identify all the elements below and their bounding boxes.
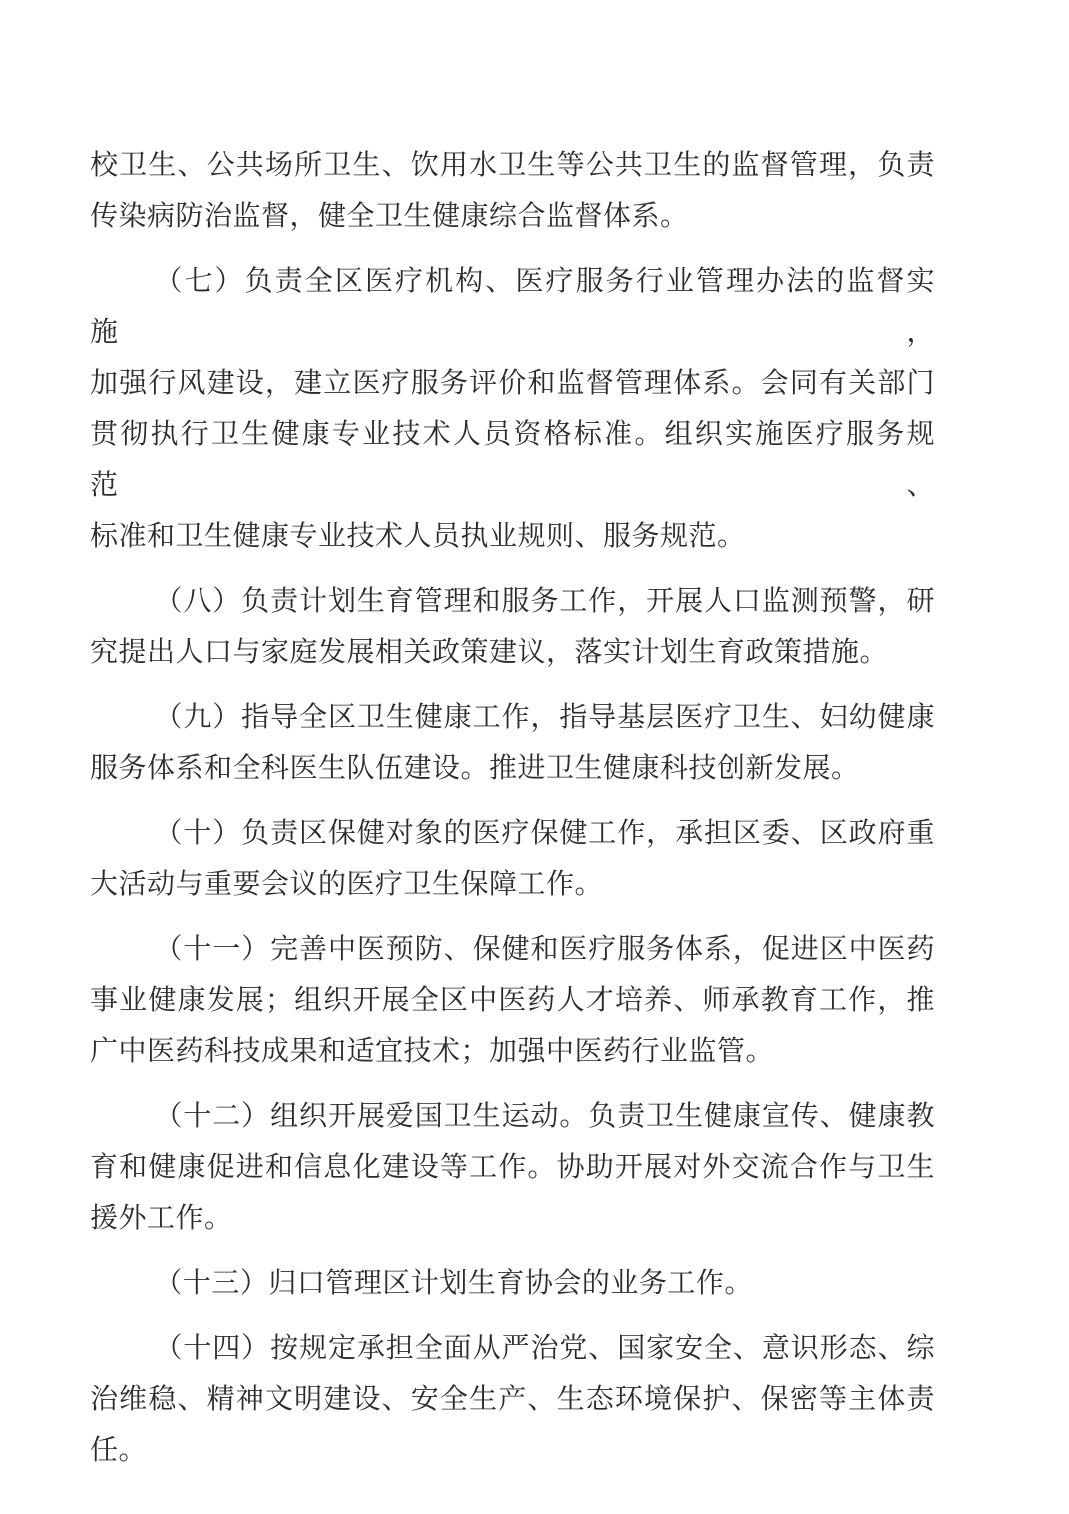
- text-line: 传染病防治监督，健全卫生健康综合监督体系。: [90, 191, 935, 242]
- text-line: （十三）归口管理区计划生育协会的业务工作。: [90, 1258, 935, 1309]
- text-line: 任。: [90, 1425, 935, 1476]
- text-line: （十）负责区保健对象的医疗保健工作，承担区委、区政府重: [90, 808, 935, 859]
- text-line: （九）指导全区卫生健康工作，指导基层医疗卫生、妇幼健康: [90, 692, 935, 743]
- text-line: 育和健康促进和信息化建设等工作。协助开展对外交流合作与卫生: [90, 1142, 935, 1193]
- document-page: 校卫生、公共场所卫生、饮用水卫生等公共卫生的监督管理，负责传染病防治监督，健全卫…: [0, 0, 1069, 1514]
- text-line: 治维稳、精神文明建设、安全生产、生态环境保护、保密等主体责: [90, 1374, 935, 1425]
- text-line: 标准和卫生健康专业技术人员执业规则、服务规范。: [90, 511, 935, 562]
- document-body: 校卫生、公共场所卫生、饮用水卫生等公共卫生的监督管理，负责传染病防治监督，健全卫…: [90, 140, 935, 1490]
- text-line: （八）负责计划生育管理和服务工作，开展人口监测预警，研: [90, 576, 935, 627]
- text-line: （十一）完善中医预防、保健和医疗服务体系，促进区中医药: [90, 924, 935, 975]
- text-line: 大活动与重要会议的医疗卫生保障工作。: [90, 859, 935, 910]
- text-line: （七）负责全区医疗机构、医疗服务行业管理办法的监督实施，: [90, 256, 935, 358]
- text-line: 援外工作。: [90, 1193, 935, 1244]
- paragraph: （十四）按规定承担全面从严治党、国家安全、意识形态、综治维稳、精神文明建设、安全…: [90, 1323, 935, 1476]
- text-line: 事业健康发展；组织开展全区中医药人才培养、师承教育工作，推: [90, 975, 935, 1026]
- text-line: （十四）按规定承担全面从严治党、国家安全、意识形态、综: [90, 1323, 935, 1374]
- paragraph: （九）指导全区卫生健康工作，指导基层医疗卫生、妇幼健康服务体系和全科医生队伍建设…: [90, 692, 935, 794]
- paragraph: （十三）归口管理区计划生育协会的业务工作。: [90, 1258, 935, 1309]
- text-line: 广中医药科技成果和适宜技术；加强中医药行业监管。: [90, 1026, 935, 1077]
- paragraph: （十）负责区保健对象的医疗保健工作，承担区委、区政府重大活动与重要会议的医疗卫生…: [90, 808, 935, 910]
- text-line: 贯彻执行卫生健康专业技术人员资格标准。组织实施医疗服务规范、: [90, 409, 935, 511]
- paragraph: （十一）完善中医预防、保健和医疗服务体系，促进区中医药事业健康发展；组织开展全区…: [90, 924, 935, 1077]
- text-line: 究提出人口与家庭发展相关政策建议，落实计划生育政策措施。: [90, 627, 935, 678]
- text-line: 加强行风建设，建立医疗服务评价和监督管理体系。会同有关部门: [90, 358, 935, 409]
- text-line: （十二）组织开展爱国卫生运动。负责卫生健康宣传、健康教: [90, 1091, 935, 1142]
- paragraph: （八）负责计划生育管理和服务工作，开展人口监测预警，研究提出人口与家庭发展相关政…: [90, 576, 935, 678]
- text-line: 校卫生、公共场所卫生、饮用水卫生等公共卫生的监督管理，负责: [90, 140, 935, 191]
- paragraph: （十二）组织开展爱国卫生运动。负责卫生健康宣传、健康教育和健康促进和信息化建设等…: [90, 1091, 935, 1244]
- paragraph: 校卫生、公共场所卫生、饮用水卫生等公共卫生的监督管理，负责传染病防治监督，健全卫…: [90, 140, 935, 242]
- paragraph: （七）负责全区医疗机构、医疗服务行业管理办法的监督实施，加强行风建设，建立医疗服…: [90, 256, 935, 562]
- text-line: 服务体系和全科医生队伍建设。推进卫生健康科技创新发展。: [90, 743, 935, 794]
